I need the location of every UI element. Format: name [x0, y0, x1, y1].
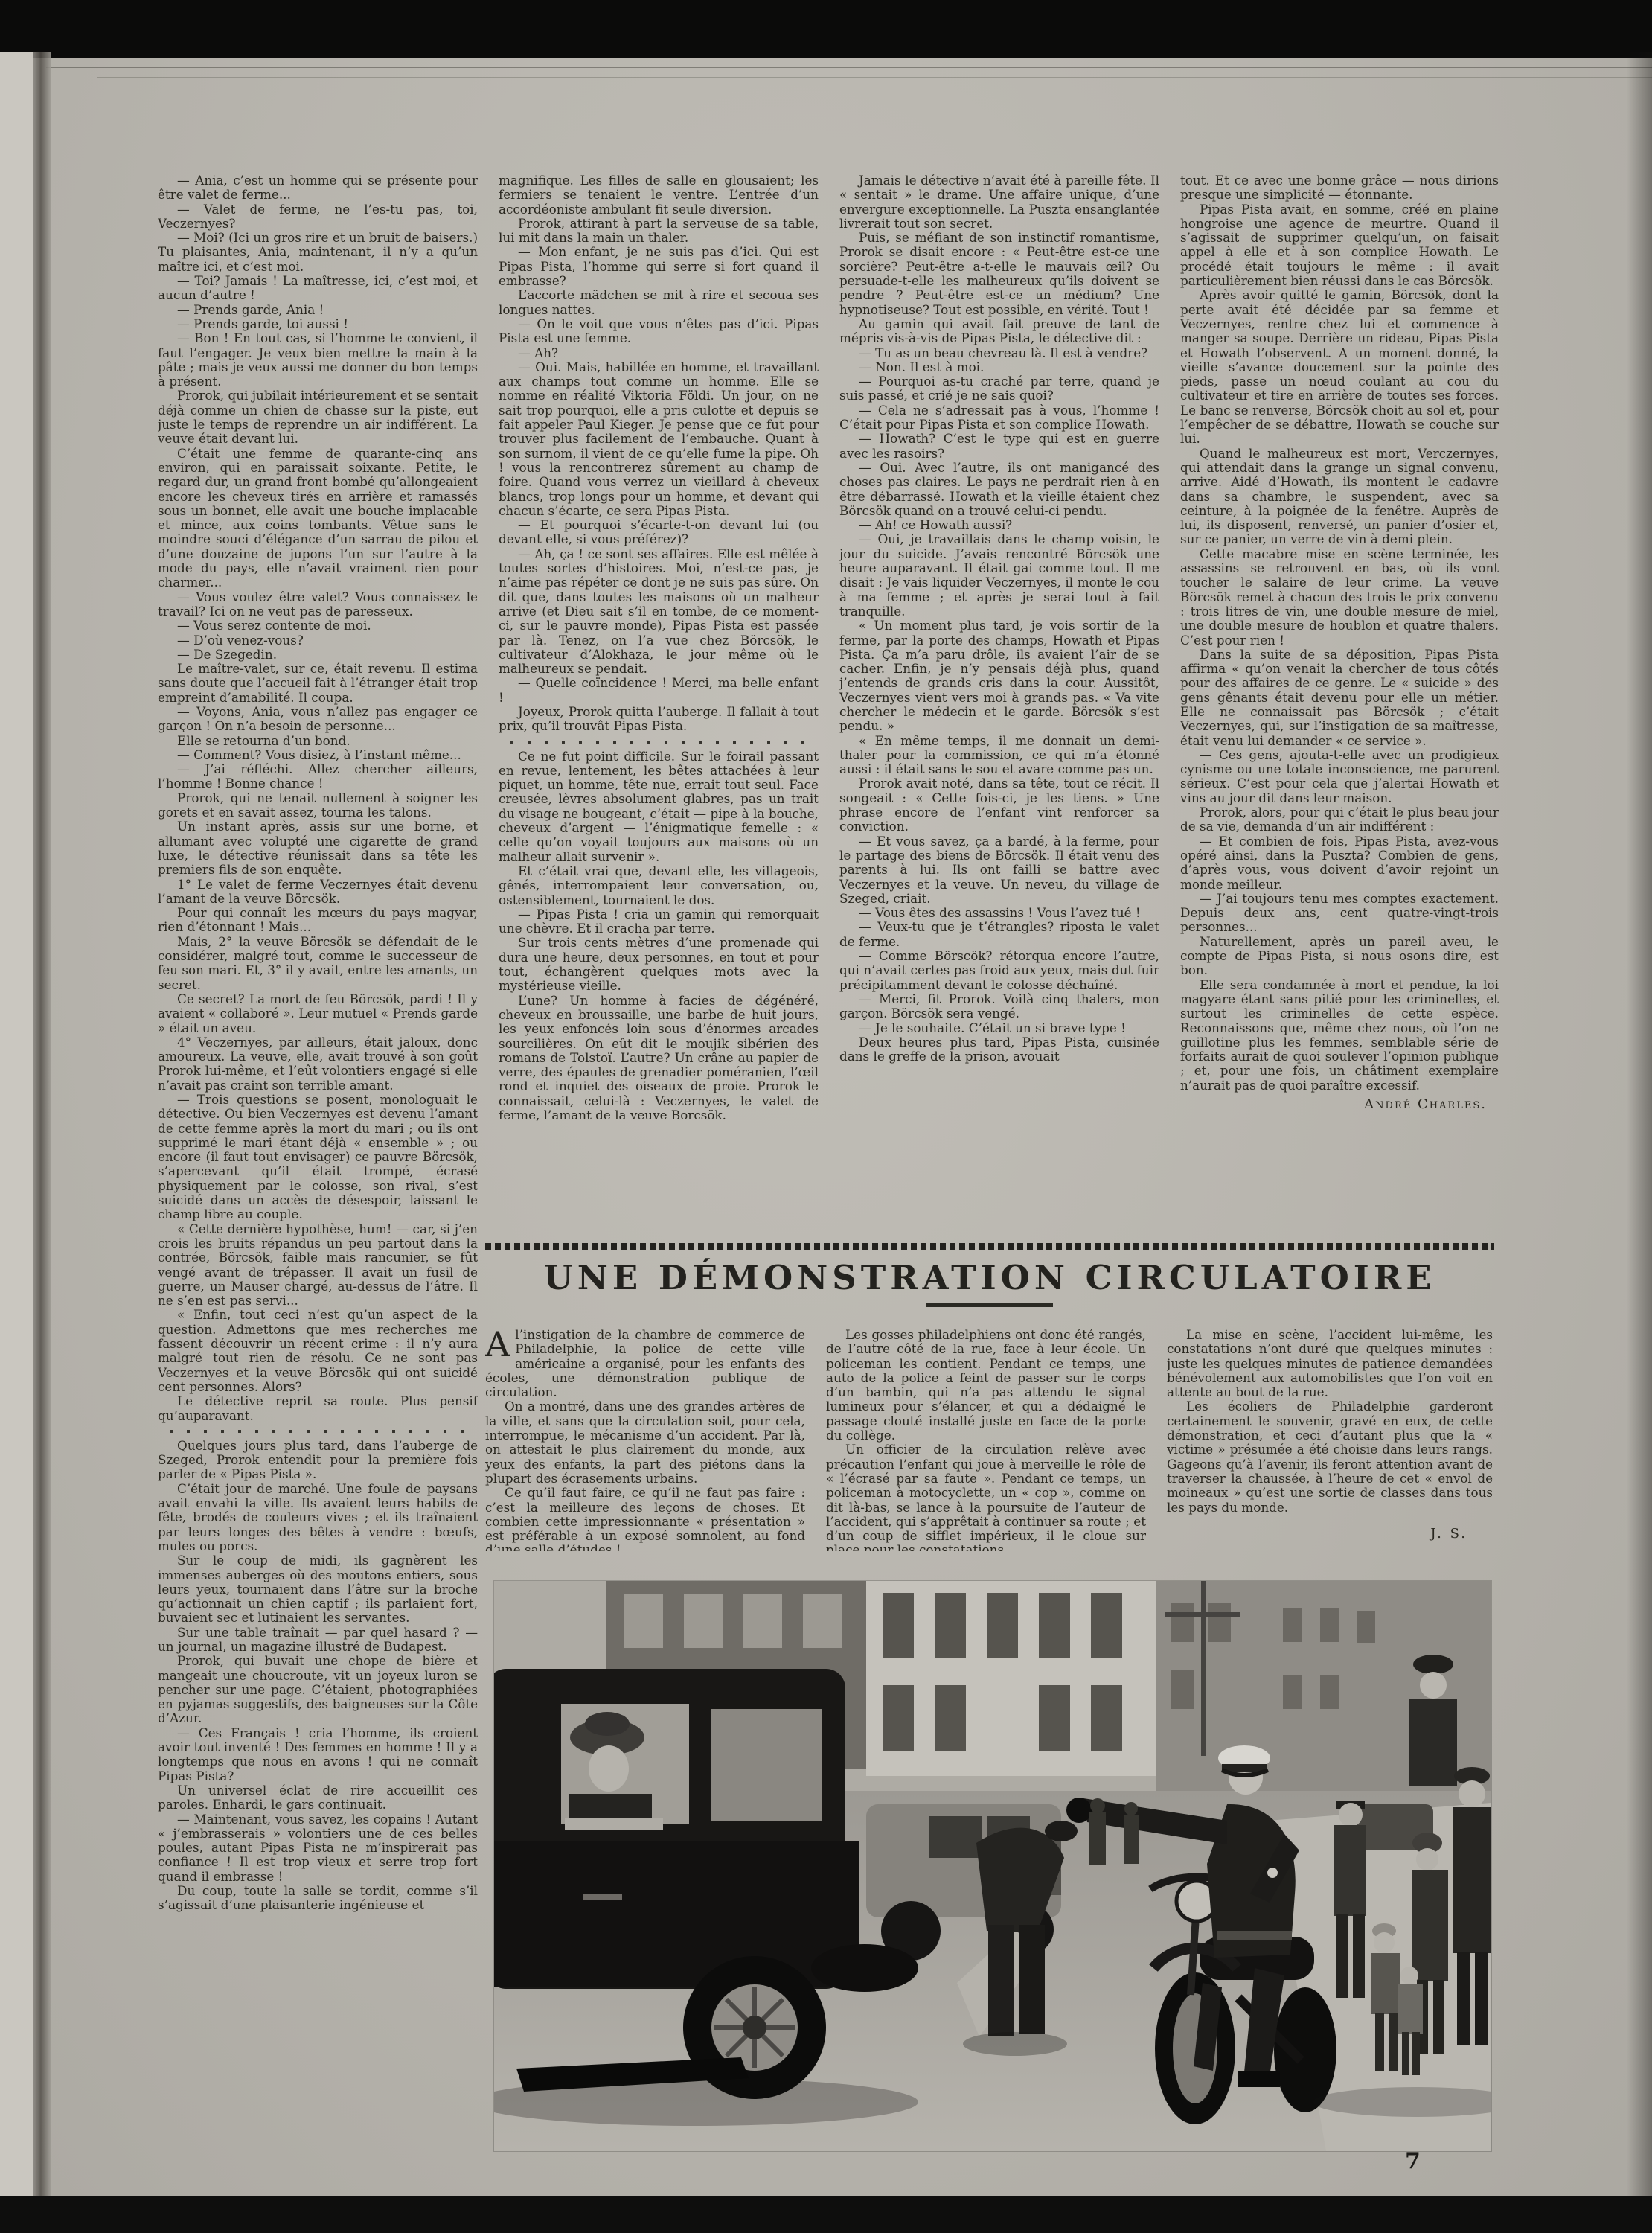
paragraph: — Ces gens, ajouta-t-elle avec un prodig…	[1180, 748, 1499, 805]
adjacent-page-edge	[0, 52, 33, 2233]
paragraph: Le maître-valet, sur ce, était revenu. I…	[158, 662, 478, 705]
article-headline: UNE DÉMONSTRATION CIRCULATOIRE	[485, 1259, 1494, 1297]
story-column-1: — Ania, c’est un homme qui se présente p…	[158, 173, 478, 1960]
paragraph: Un instant après, assis sur une borne, e…	[158, 820, 478, 877]
paragraph: — Toi? Jamais ! La maîtresse, ici, c’est…	[158, 274, 478, 303]
paragraph: — Ah?	[499, 346, 819, 360]
paragraph: « Un moment plus tard, je vois sortir de…	[839, 619, 1159, 733]
paragraph: Mais, 2° la veuve Börcsök se défendait d…	[158, 935, 478, 992]
article-column-1: A l’instigation de la chambre de commerc…	[485, 1328, 805, 1551]
paragraph: — Et pourquoi s’écarte-t-on devant lui (…	[499, 518, 819, 547]
paragraph: « Cette dernière hypothèse, hum! — car, …	[158, 1222, 478, 1309]
paragraph: — De Szegedin.	[158, 648, 478, 662]
magazine-page: — Ania, c’est un homme qui se présente p…	[0, 0, 1652, 2233]
paragraph: Du coup, toute la salle se tordit, comme…	[158, 1884, 478, 1913]
paragraph: — Et vous savez, ça a bardé, à la ferme,…	[839, 834, 1159, 906]
dotted-separator	[170, 1430, 466, 1433]
paragraph: Dans la suite de sa déposition, Pipas Pi…	[1180, 648, 1499, 748]
paragraph: — Ces Français ! cria l’homme, ils croie…	[158, 1726, 478, 1783]
story-column-3: Jamais le détective n’avait été à pareil…	[839, 173, 1159, 1238]
paragraph: Naturellement, après un pareil aveu, le …	[1180, 935, 1499, 978]
paragraph: Deux heures plus tard, Pipas Pista, cuis…	[839, 1035, 1159, 1064]
paragraph: — Je le souhaite. C’était un si brave ty…	[839, 1021, 1159, 1035]
paragraph: Après avoir quitté le gamin, Börcsök, do…	[1180, 288, 1499, 446]
paragraph: Les gosses philadelphiens ont donc été r…	[826, 1328, 1146, 1443]
binding-fold	[33, 52, 51, 2233]
paragraph: C’était une femme de quarante-cinq ans e…	[158, 447, 478, 590]
paragraph: — Ah, ça ! ce sont ses affaires. Elle es…	[499, 547, 819, 677]
paragraph: — Et combien de fois, Pipas Pista, avez-…	[1180, 834, 1499, 892]
paragraph: Prorok, attirant à part la serveuse de s…	[499, 217, 819, 246]
paragraph: — Valet de ferme, ne l’es-tu pas, toi, V…	[158, 202, 478, 231]
paragraph: 4° Veczernyes, par ailleurs, était jalou…	[158, 1035, 478, 1093]
paragraph: — Pourquoi as-tu craché par terre, quand…	[839, 374, 1159, 403]
paragraph: — Oui, je travaillais dans le champ vois…	[839, 532, 1159, 619]
drop-cap: A	[485, 1328, 515, 1358]
paragraph: 1° Le valet de ferme Veczernyes était de…	[158, 878, 478, 907]
article-header: UNE DÉMONSTRATION CIRCULATOIRE	[485, 1259, 1494, 1307]
street-photo	[494, 1581, 1491, 2151]
scan-right-shadow	[1627, 52, 1652, 2196]
paragraph: Un universel éclat de rire accueillit ce…	[158, 1783, 478, 1812]
paragraph: — Vous êtes des assassins ! Vous l’avez …	[839, 906, 1159, 920]
paragraph: La mise en scène, l’accident lui-même, l…	[1167, 1328, 1493, 1399]
story-column-4: tout. Et ce avec une bonne grâce — nous …	[1180, 173, 1499, 1239]
headline-rule	[926, 1303, 1053, 1307]
paragraph: Sur une table traînait — par quel hasard…	[158, 1626, 478, 1655]
paragraph: Prorok avait noté, dans sa tête, tout ce…	[839, 776, 1159, 834]
paragraph: Le détective reprit sa route. Plus pensi…	[158, 1394, 478, 1423]
paper-crease	[46, 67, 1652, 68]
paragraph: Les écoliers de Philadelphie garderont c…	[1167, 1399, 1493, 1514]
paragraph: Sur trois cents mètres d’une promenade q…	[499, 936, 819, 993]
paragraph: Elle se retourna d’un bond.	[158, 734, 478, 748]
paragraph: — Pipas Pista ! cria un gamin qui remorq…	[499, 907, 819, 936]
paragraph: Ce qu’il faut faire, ce qu’il ne faut pa…	[485, 1486, 805, 1551]
paragraph: — Oui. Avec l’autre, ils ont manigancé d…	[839, 461, 1159, 518]
paragraph: C’était jour de marché. Une foule de pay…	[158, 1482, 478, 1553]
signature: J. S.	[1167, 1527, 1493, 1541]
paragraph: Cette macabre mise en scène terminée, le…	[1180, 547, 1499, 648]
paragraph: A l’instigation de la chambre de commerc…	[485, 1328, 805, 1399]
paragraph: — Cela ne s’adressait pas à vous, l’homm…	[839, 403, 1159, 432]
paragraph: tout. Et ce avec une bonne grâce — nous …	[1180, 173, 1499, 202]
paragraph: Pipas Pista avait, en somme, créé en pla…	[1180, 202, 1499, 289]
paragraph: — Prends garde, toi aussi !	[158, 317, 478, 331]
paragraph: L’accorte mädchen se mit à rire et secou…	[499, 288, 819, 317]
street-photo-illustration	[494, 1581, 1491, 2151]
paragraph: — Merci, fit Prorok. Voilà cinq thalers,…	[839, 992, 1159, 1021]
paragraph: « Enfin, tout ceci n’est qu’un aspect de…	[158, 1308, 478, 1394]
paragraph: — Tu as un beau chevreau là. Il est à ve…	[839, 346, 1159, 360]
paragraph: Joyeux, Prorok quitta l’auberge. Il fall…	[499, 705, 819, 734]
paragraph: — Ah! ce Howath aussi?	[839, 518, 1159, 532]
paragraph: — Vous voulez être valet? Vous connaisse…	[158, 590, 478, 619]
paragraph: — Bon ! En tout cas, si l’homme te convi…	[158, 331, 478, 389]
paragraph: Prorok, alors, pour qui c’était le plus …	[1180, 805, 1499, 834]
paragraph: On a montré, dans une des grandes artère…	[485, 1399, 805, 1486]
paragraph: Pour qui connaît les mœurs du pays magya…	[158, 906, 478, 935]
paragraph: « En même temps, il me donnait un demi-t…	[839, 734, 1159, 777]
paragraph: Au gamin qui avait fait preuve de tant d…	[839, 317, 1159, 346]
scan-bottom-edge	[0, 2196, 1652, 2233]
paragraph: — J’ai toujours tenu mes comptes exactem…	[1180, 892, 1499, 935]
paragraph: Elle sera condamnée à mort et pendue, la…	[1180, 978, 1499, 1093]
paragraph: magnifique. Les filles de salle en glous…	[499, 173, 819, 217]
page-number: 7	[1405, 2148, 1421, 2174]
paragraph: — Veux-tu que je t’étrangles? riposta le…	[839, 920, 1159, 949]
paragraph: — Oui. Mais, habillée en homme, et trava…	[499, 360, 819, 518]
section-divider	[485, 1243, 1494, 1250]
article-column-3: La mise en scène, l’accident lui-même, l…	[1167, 1328, 1493, 1574]
signature: André Charles.	[1180, 1097, 1499, 1111]
paragraph: — Howath? C’est le type qui est en guerr…	[839, 432, 1159, 461]
paper-crease-2	[97, 77, 1652, 78]
paragraph: — On le voit que vous n’êtes pas d’ici. …	[499, 317, 819, 346]
paragraph: Jamais le détective n’avait été à pareil…	[839, 173, 1159, 231]
article-column-2: Les gosses philadelphiens ont donc été r…	[826, 1328, 1146, 1551]
paragraph: Prorok, qui ne tenait nullement à soigne…	[158, 791, 478, 820]
paragraph: — J’ai réfléchi. Allez chercher ailleurs…	[158, 762, 478, 791]
paragraph: — Comme Börscök? rétorqua encore l’autre…	[839, 949, 1159, 992]
paragraph: — Maintenant, vous savez, les copains ! …	[158, 1812, 478, 1884]
paragraph: — Moi? (Ici un gros rire et un bruit de …	[158, 231, 478, 274]
paragraph: Prorok, qui jubilait intérieurement et s…	[158, 389, 478, 446]
paragraph: — D’où venez-vous?	[158, 633, 478, 648]
paragraph: — Voyons, Ania, vous n’allez pas engager…	[158, 705, 478, 734]
paragraph: — Ania, c’est un homme qui se présente p…	[158, 173, 478, 202]
paragraph: — Quelle coïncidence ! Merci, ma belle e…	[499, 676, 819, 705]
paragraph: — Vous serez contente de moi.	[158, 619, 478, 633]
paragraph: Prorok, qui buvait une chope de bière et…	[158, 1654, 478, 1725]
paragraph: Ce secret? La mort de feu Börcsök, pardi…	[158, 992, 478, 1035]
paragraph: Et c’était vrai que, devant elle, les vi…	[499, 864, 819, 907]
paragraph: — Mon enfant, je ne suis pas d’ici. Qui …	[499, 245, 819, 288]
paragraph: Quelques jours plus tard, dans l’auberge…	[158, 1439, 478, 1482]
paragraph: — Comment? Vous disiez, à l’instant même…	[158, 748, 478, 762]
paragraph: Sur le coup de midi, ils gagnèrent les i…	[158, 1553, 478, 1625]
story-column-2: magnifique. Les filles de salle en glous…	[499, 173, 819, 1238]
scan-top-edge	[0, 0, 1652, 58]
paragraph: — Non. Il est à moi.	[839, 360, 1159, 374]
paragraph: Quand le malheureux est mort, Verczernye…	[1180, 447, 1499, 547]
paragraph: — Trois questions se posent, monologuait…	[158, 1093, 478, 1222]
paragraph: Puis, se méfiant de son instinctif roman…	[839, 231, 1159, 317]
paragraph: L’une? Un homme à facies de dégénéré, ch…	[499, 994, 819, 1123]
paragraph: Ce ne fut point difficile. Sur le foirai…	[499, 750, 819, 864]
dotted-separator	[510, 741, 807, 744]
paragraph: Un officier de la circulation relève ave…	[826, 1443, 1146, 1551]
paragraph: — Prends garde, Ania !	[158, 303, 478, 317]
